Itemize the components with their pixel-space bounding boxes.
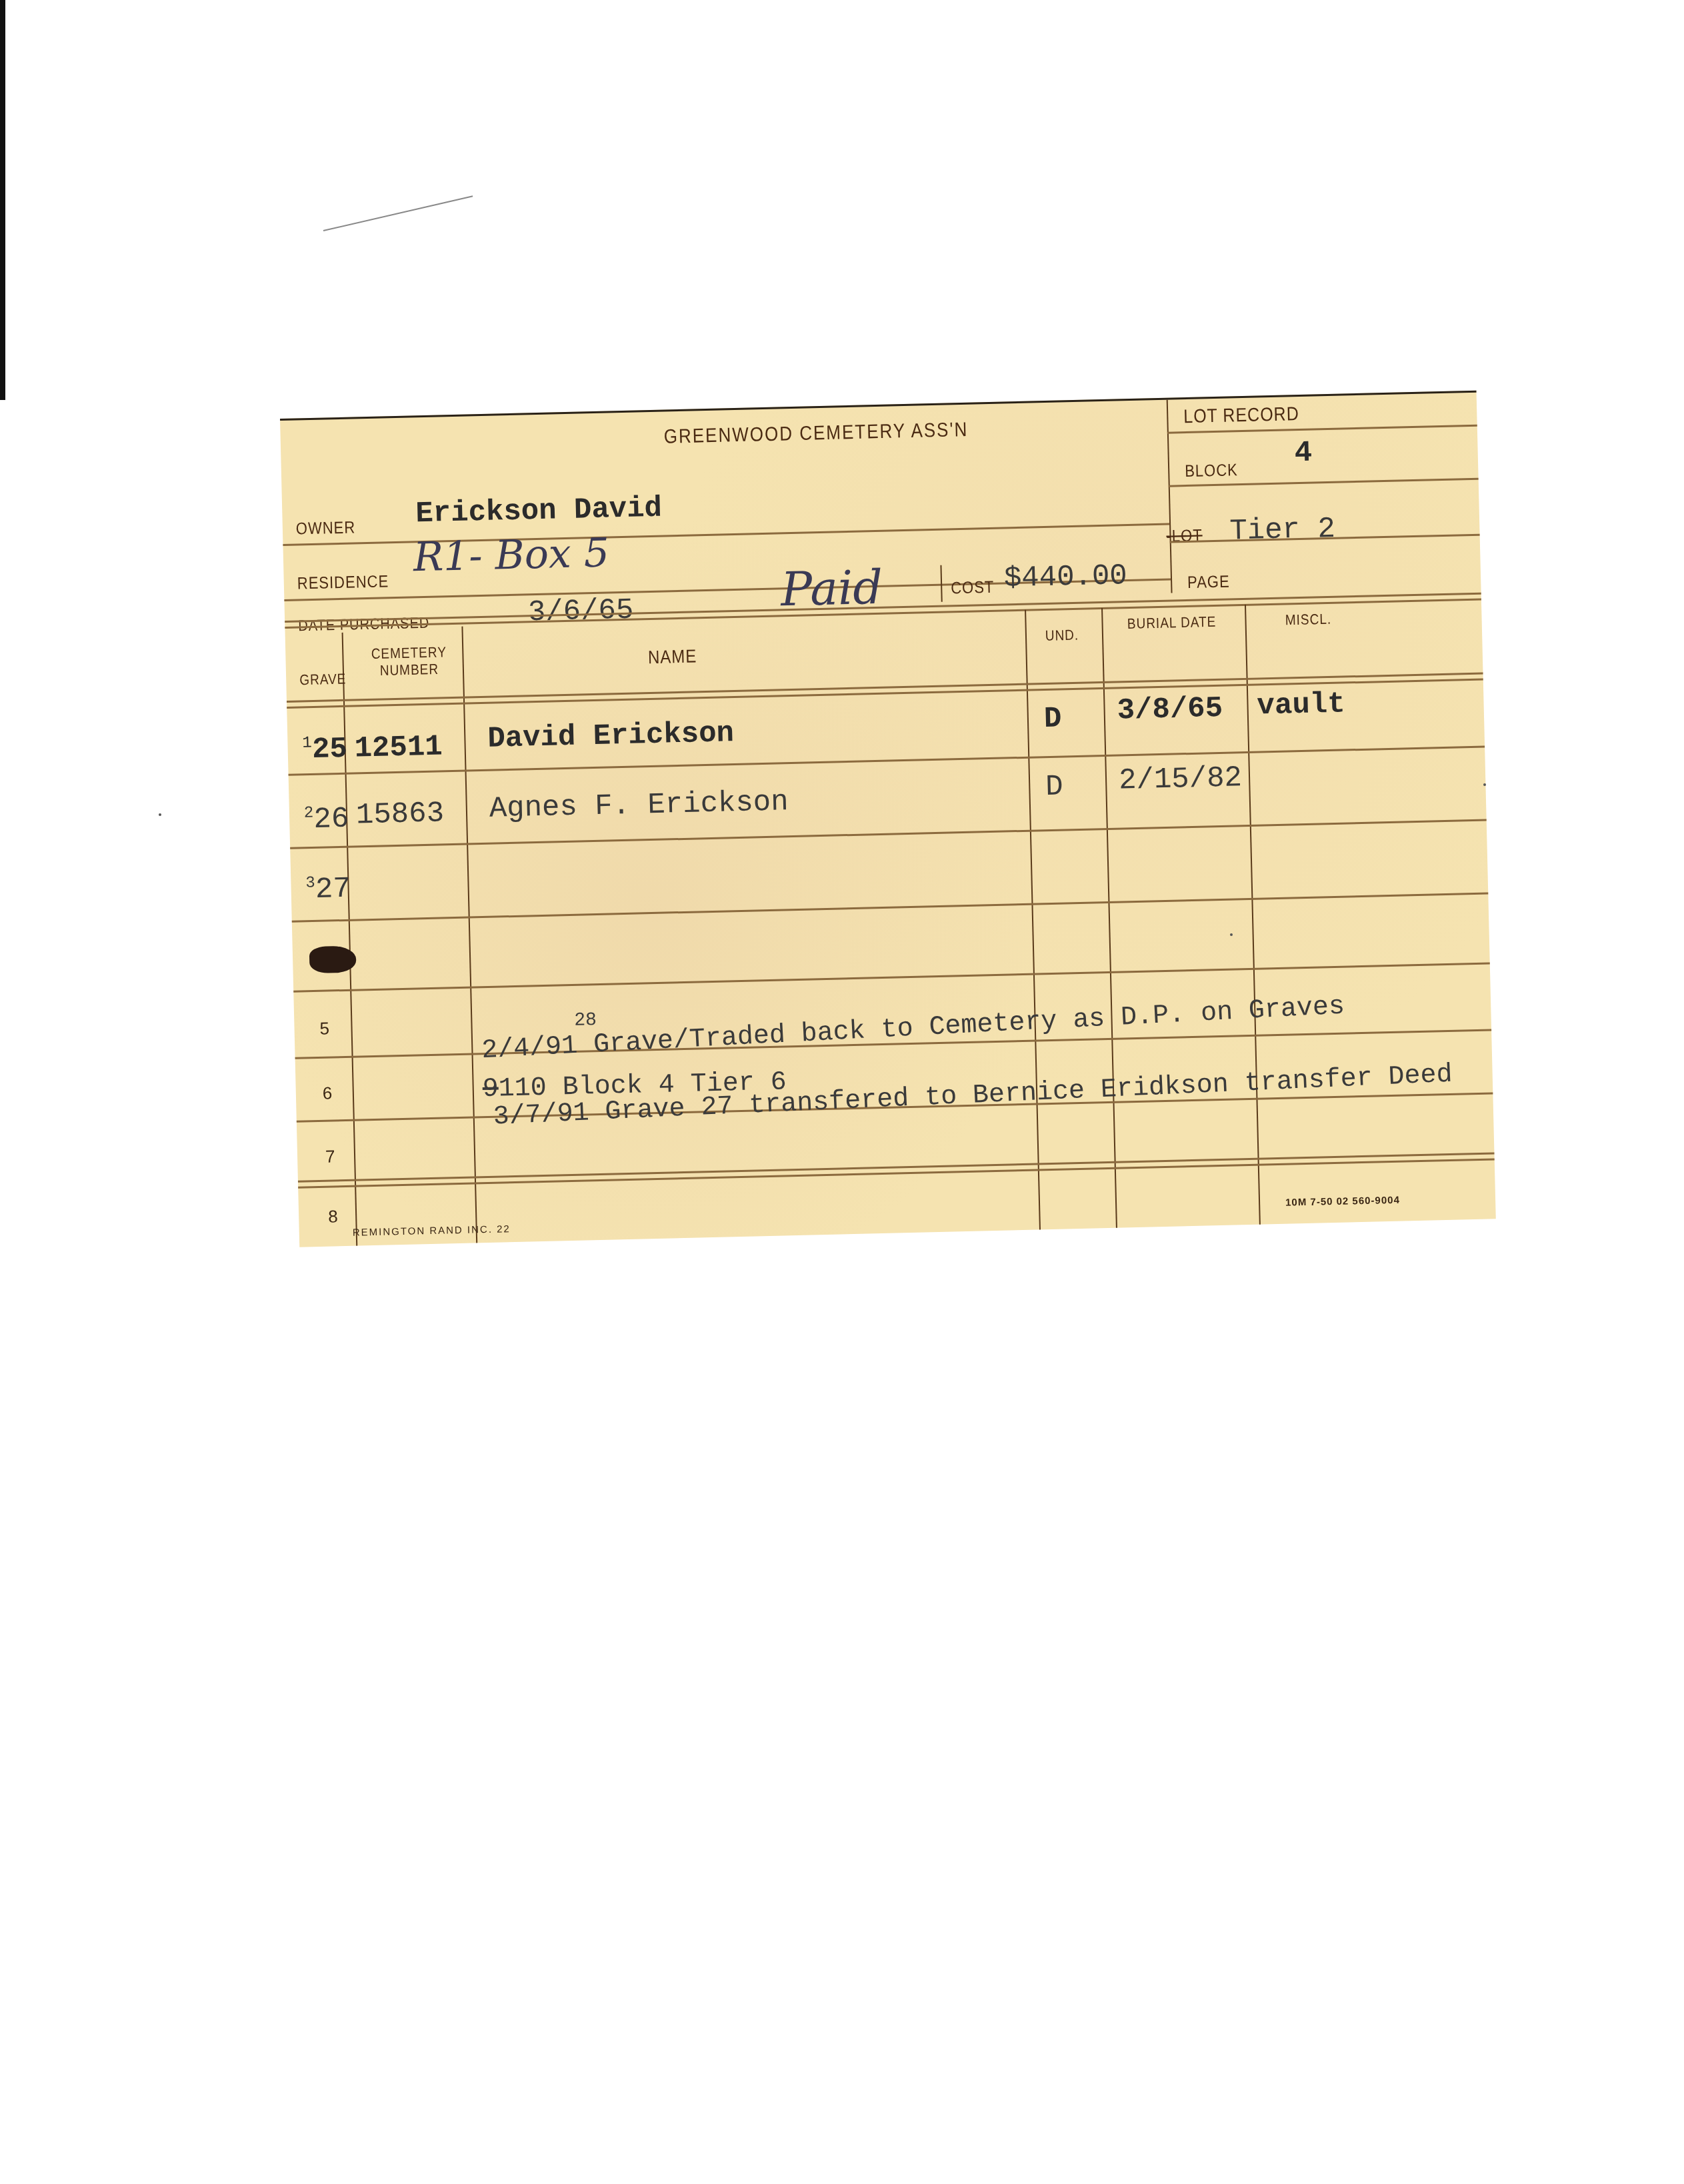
- row-1-name: David Erickson: [487, 717, 735, 756]
- header-miscl: MISCL.: [1255, 611, 1362, 630]
- owner-value: Erickson David: [415, 492, 663, 531]
- header-und: UND.: [1029, 627, 1096, 646]
- note-line-1: 2/4/91 Grave/Traded back to Cemetery as …: [481, 991, 1345, 1066]
- col-divider: [342, 633, 358, 1246]
- row-7-number: 7: [325, 1146, 335, 1167]
- row-2-und: D: [1045, 770, 1064, 804]
- row-2-name: Agnes F. Erickson: [489, 785, 789, 826]
- block-value: 4: [1294, 437, 1313, 471]
- row-8-number: 8: [328, 1206, 338, 1227]
- row-1-grave: 125: [302, 733, 347, 767]
- col-divider: [461, 627, 477, 1243]
- row-rule: [292, 893, 1489, 923]
- row-1-burial-date: 3/8/65: [1117, 692, 1223, 728]
- residence-label: RESIDENCE: [297, 571, 389, 593]
- record-type: LOT RECORD: [1183, 403, 1299, 428]
- row-1-und: D: [1043, 703, 1062, 737]
- lot-label-struck: -LOT: [1166, 526, 1203, 547]
- col-divider: [1025, 610, 1041, 1230]
- row-rule: [290, 819, 1487, 849]
- header-grave: GRAVE: [299, 671, 343, 689]
- row-1-miscl: vault: [1257, 687, 1345, 723]
- note-1-superscript: 28: [574, 1010, 597, 1031]
- header-divider: [1167, 400, 1173, 593]
- row-6-number: 6: [323, 1083, 333, 1103]
- lot-value: Tier 2: [1229, 513, 1336, 549]
- header-burial-date: BURIAL DATE: [1115, 614, 1229, 633]
- lot-record-card: GREENWOOD CEMETERY ASS'N LOT RECORD BLOC…: [280, 391, 1496, 1247]
- block-label: BLOCK: [1185, 460, 1238, 481]
- row-1-cemetery-number: 12511: [354, 730, 443, 765]
- row-rule: [289, 746, 1485, 776]
- row-2-burial-date: 2/15/82: [1119, 761, 1243, 797]
- row-rule-double: [298, 1152, 1495, 1182]
- form-code: 10M 7-50 02 560-9004: [1285, 1195, 1400, 1209]
- row-3-grave: 327: [305, 873, 351, 907]
- organization-title: GREENWOOD CEMETERY ASS'N: [663, 417, 968, 448]
- scan-edge: [0, 0, 5, 400]
- row-2-grave: 226: [304, 803, 349, 837]
- stray-pen-mark: [323, 195, 473, 231]
- header-name: NAME: [605, 645, 739, 670]
- cost-value: $440.00: [1003, 559, 1127, 595]
- printer-imprint: REMINGTON RAND INC. 22: [353, 1223, 511, 1239]
- residence-value: R1- Box 5: [413, 529, 610, 581]
- row-4-scribbled-out: [309, 946, 357, 974]
- page-label: PAGE: [1187, 572, 1230, 593]
- header-cemetery-number: CEMETERY NUMBER: [359, 644, 459, 680]
- cost-label: COST: [951, 577, 995, 598]
- date-purchased-value: 3/6/65: [527, 594, 634, 630]
- scan-speck: [1230, 933, 1233, 936]
- scan-speck: [159, 813, 161, 816]
- row-2-cemetery-number: 15863: [355, 797, 444, 832]
- owner-label: OWNER: [296, 517, 356, 539]
- scan-speck: [1483, 783, 1486, 786]
- row-rule: [293, 962, 1490, 992]
- row-5-number: 5: [319, 1019, 329, 1039]
- col-divider: [1101, 608, 1117, 1228]
